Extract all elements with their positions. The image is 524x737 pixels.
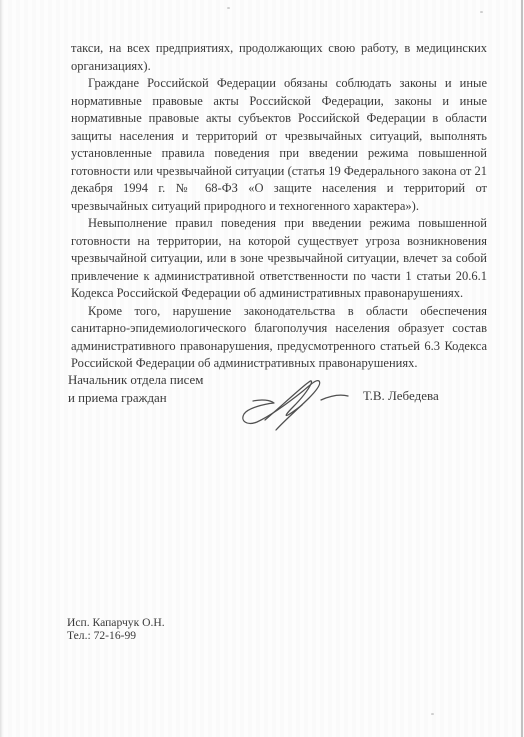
body-line: организациях).	[71, 58, 487, 76]
body-line: Граждане Российской Федерации обязаны со…	[71, 75, 487, 93]
body-line: привлечение к административной ответстве…	[71, 268, 487, 286]
body-line: Кодекса Российской Федерации об админист…	[71, 285, 487, 303]
executor-block: Исп. Капарчук О.Н. Тел.: 72-16-99	[67, 616, 165, 642]
signer-title-line1: Начальник отдела писем	[68, 371, 203, 389]
signer-name: Т.В. Лебедева	[363, 388, 439, 404]
body-line: Кроме того, нарушение законодательства в…	[71, 303, 487, 321]
body-line: декабря 1994 г. № 68-ФЗ «О защите населе…	[71, 180, 487, 198]
scan-speck	[227, 7, 230, 9]
body-line: чрезвычайной ситуации, или в зоне чрезвы…	[71, 250, 487, 268]
scan-speck	[480, 11, 483, 13]
body-line: нормативные правовые акты субъектов Росс…	[71, 110, 487, 128]
body-line: административного правонарушения, предус…	[71, 338, 487, 356]
handwritten-signature-icon	[235, 366, 365, 446]
body-line: чрезвычайных ситуаций природного и техно…	[71, 198, 487, 216]
signer-title: Начальник отдела писем и приема граждан	[68, 371, 203, 407]
scan-edge-right	[521, 0, 523, 737]
body-line: Невыполнение правил поведения при введен…	[71, 215, 487, 233]
letter-body: такси, на всех предприятиях, продолжающи…	[71, 40, 487, 373]
scan-speck	[431, 713, 434, 715]
body-line: готовности или чрезвычайной ситуации (ст…	[71, 163, 487, 181]
scan-edge-left	[0, 0, 3, 737]
body-line: такси, на всех предприятиях, продолжающи…	[71, 40, 487, 58]
scanned-letter-page: такси, на всех предприятиях, продолжающи…	[0, 0, 524, 737]
body-line: установленные правила поведения при введ…	[71, 145, 487, 163]
body-line: нормативные правовые акты Российской Фед…	[71, 93, 487, 111]
executor-phone: Тел.: 72-16-99	[67, 629, 165, 642]
signer-title-line2: и приема граждан	[68, 389, 203, 407]
body-line: защиты населения и территорий от чрезвыч…	[71, 128, 487, 146]
executor-name: Исп. Капарчук О.Н.	[67, 616, 165, 629]
body-line: санитарно-эпидемиологического благополуч…	[71, 320, 487, 338]
body-line: готовности на территории, на которой сущ…	[71, 233, 487, 251]
